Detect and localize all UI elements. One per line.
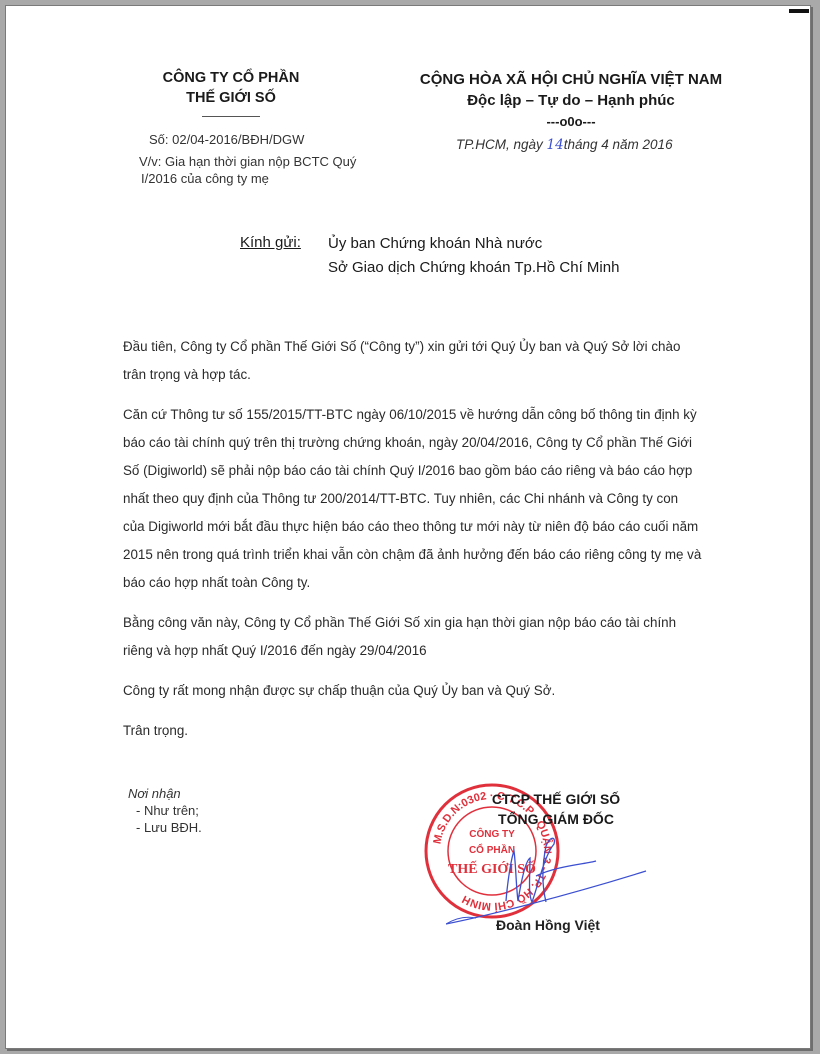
recipients-block: Nơi nhận - Như trên; - Lưu BĐH.: [128, 785, 202, 836]
addressee-list: Ủy ban Chứng khoán Nhà nước Sở Giao dịch…: [328, 232, 619, 280]
letter-body: Đầu tiên, Công ty Cổ phần Thế Giới Số (“…: [123, 333, 703, 757]
reference-number: Số: 02/04-2016/BĐH/DGW: [149, 132, 304, 147]
date-prefix: TP.HCM, ngày: [456, 137, 547, 152]
header-divider: [202, 116, 260, 117]
addressee-item: Sở Giao dịch Chứng khoán Tp.Hồ Chí Minh: [328, 256, 619, 280]
date-suffix: tháng 4 năm 2016: [564, 137, 673, 152]
nation-title: CỘNG HÒA XÃ HỘI CHỦ NGHĨA VIỆT NAM: [406, 69, 736, 90]
addressee-item: Ủy ban Chứng khoán Nhà nước: [328, 232, 619, 256]
subject: V/v: Gia hạn thời gian nộp BCTC Quý I/20…: [139, 153, 399, 187]
body-paragraph: Công ty rất mong nhận được sự chấp thuận…: [123, 677, 703, 705]
document-page: CÔNG TY CỔ PHẦN THẾ GIỚI SỐ Số: 02/04-20…: [5, 5, 811, 1049]
national-header: CỘNG HÒA XÃ HỘI CHỦ NGHĨA VIỆT NAM Độc l…: [406, 69, 736, 132]
company-name-line1: CÔNG TY CỔ PHẦN: [116, 68, 346, 88]
body-paragraph: Đầu tiên, Công ty Cổ phần Thế Giới Số (“…: [123, 333, 703, 389]
recipient-item: - Lưu BĐH.: [128, 819, 202, 836]
page-edge-mark: [789, 9, 809, 13]
recipients-title: Nơi nhận: [128, 785, 202, 802]
addressee-label: Kính gửi:: [240, 234, 328, 280]
recipient-item: - Như trên;: [128, 802, 202, 819]
motto-separator: ---o0o---: [406, 111, 736, 132]
subject-line1: V/v: Gia hạn thời gian nộp BCTC Quý: [139, 153, 399, 170]
body-paragraph: Căn cứ Thông tư số 155/2015/TT-BTC ngày …: [123, 401, 703, 597]
addressee-block: Kính gửi: Ủy ban Chứng khoán Nhà nước Sở…: [240, 234, 619, 280]
company-name-line2: THẾ GIỚI SỐ: [116, 88, 346, 108]
company-header: CÔNG TY CỔ PHẦN THẾ GIỚI SỐ: [116, 68, 346, 117]
signer-name: Đoàn Hồng Việt: [496, 917, 600, 933]
document-date: TP.HCM, ngày 14tháng 4 năm 2016: [456, 137, 673, 153]
national-motto: Độc lập – Tự do – Hạnh phúc: [406, 90, 736, 111]
body-paragraph: Trân trọng.: [123, 717, 703, 745]
subject-line2: I/2016 của công ty mẹ: [139, 170, 399, 187]
body-paragraph: Bằng công văn này, Công ty Cổ phần Thế G…: [123, 609, 703, 665]
handwritten-day: 14: [547, 137, 564, 153]
